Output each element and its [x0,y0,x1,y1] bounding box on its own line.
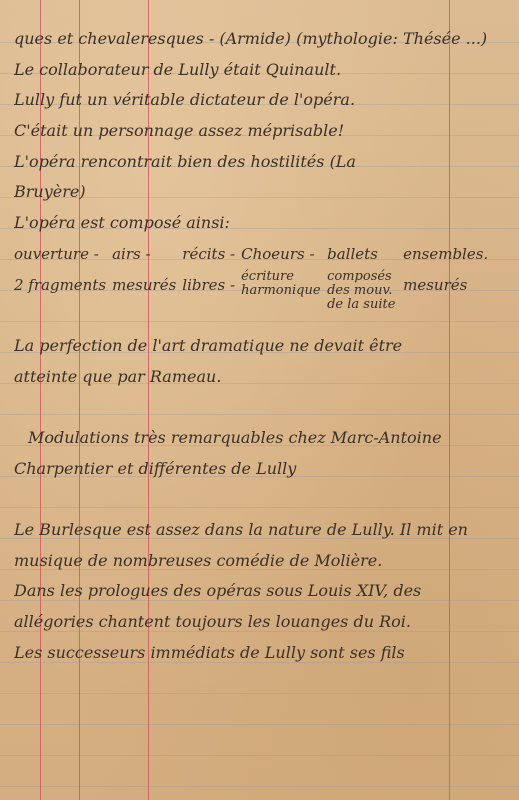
text-line: allégories chantent toujours les louange… [14,607,509,638]
text-line: L'opéra est composé ainsi: [14,208,509,239]
notebook-page: ques et chevaleresques - (Armide) (mytho… [0,0,519,800]
text-line: Les successeurs immédiats de Lully sont … [14,638,509,669]
structure-col: airs -mesurés [112,239,176,331]
text-line: Bruyère) [14,177,509,208]
structure-heading: récits - [182,239,235,270]
text-line: Dans les prologues des opéras sous Louis… [14,576,509,607]
structure-heading: ballets [327,239,397,270]
text-line: L'opéra rencontrait bien des hostilités … [14,147,509,178]
structure-detail: libres - [182,270,235,301]
structure-col: Choeurs -écriture harmonique [241,239,321,331]
structure-detail: 2 fragments [14,270,106,301]
text-line: musique de nombreuses comédie de Molière… [14,546,509,577]
structure-col: ouverture -2 fragments [14,239,106,331]
structure-col: balletscomposés des mouv. de la suite [327,239,397,331]
structure-detail: composés des mouv. de la suite [327,270,397,312]
text-line: Le Burlesque est assez dans la nature de… [14,515,509,546]
text-line: atteinte que par Rameau. [14,362,509,393]
text-line: ques et chevaleresques - (Armide) (mytho… [14,24,509,55]
structure-detail: mesurés [403,270,488,301]
structure-heading: Choeurs - [241,239,321,270]
text-line: Modulations très remarquables chez Marc-… [14,423,509,454]
text-line: C'était un personnage assez méprisable! [14,116,509,147]
opera-structure: ouverture -2 fragments airs -mesurés réc… [14,239,509,331]
handwritten-text: ques et chevaleresques - (Armide) (mytho… [14,24,509,668]
structure-detail: écriture harmonique [241,270,321,298]
structure-detail: mesurés [112,270,176,301]
text-line: La perfection de l'art dramatique ne dev… [14,331,509,362]
structure-col: récits -libres - [182,239,235,331]
structure-col: ensembles.mesurés [403,239,488,331]
text-line: Le collaborateur de Lully était Quinault… [14,55,509,86]
structure-heading: airs - [112,239,176,270]
structure-heading: ensembles. [403,239,488,270]
text-line: Charpentier et différentes de Lully [14,454,509,485]
text-line: Lully fut un véritable dictateur de l'op… [14,85,509,116]
structure-heading: ouverture - [14,239,106,270]
